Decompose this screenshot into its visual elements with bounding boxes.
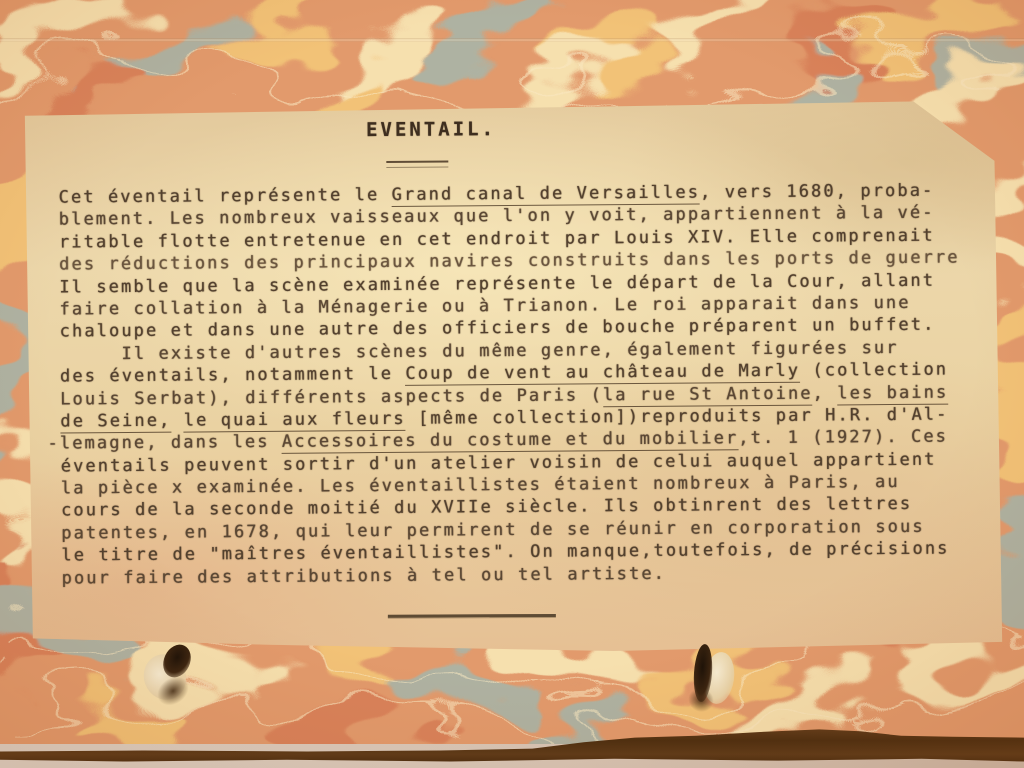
text-segment: Louis Serbat), différents aspects de Par… bbox=[60, 385, 603, 409]
underlined-text: de Seine, bbox=[60, 411, 171, 434]
text-segment: (collection bbox=[800, 360, 948, 381]
text-segment: [même collection])reproduits par H.R. d'… bbox=[406, 404, 949, 428]
museum-label: EVENTAIL. Cet éventail représente le Gra… bbox=[20, 94, 1006, 658]
text-segment: , vers 1680, proba- bbox=[700, 181, 935, 203]
text-segment bbox=[171, 410, 184, 430]
text-segment: , bbox=[813, 383, 838, 403]
pin-hole-left bbox=[142, 638, 206, 708]
photo-of-fan-back: EVENTAIL. Cet éventail représente le Gra… bbox=[0, 0, 1024, 768]
end-rule bbox=[388, 614, 556, 618]
title-underline-rule bbox=[386, 161, 448, 168]
label-body: Cet éventail représente le Grand canal d… bbox=[58, 179, 991, 589]
underlined-text: les bains bbox=[837, 382, 948, 405]
underlined-text: la rue St Antoine bbox=[603, 383, 813, 407]
underlined-text: le quai aux fleurs bbox=[184, 409, 406, 433]
text-segment: ,t. 1 (1927). Ces bbox=[738, 427, 948, 449]
paper-crease bbox=[0, 38, 1024, 42]
text-segment: Cet éventail représente le bbox=[59, 185, 392, 208]
text-segment: -lemagne, dans les bbox=[47, 432, 282, 454]
text-segment: des éventails, notamment le bbox=[60, 364, 406, 387]
pin-hole-right bbox=[682, 640, 738, 714]
label-title: EVENTAIL. bbox=[366, 118, 496, 141]
text-segment: pour faire des attributions à tel ou tel… bbox=[61, 563, 666, 588]
